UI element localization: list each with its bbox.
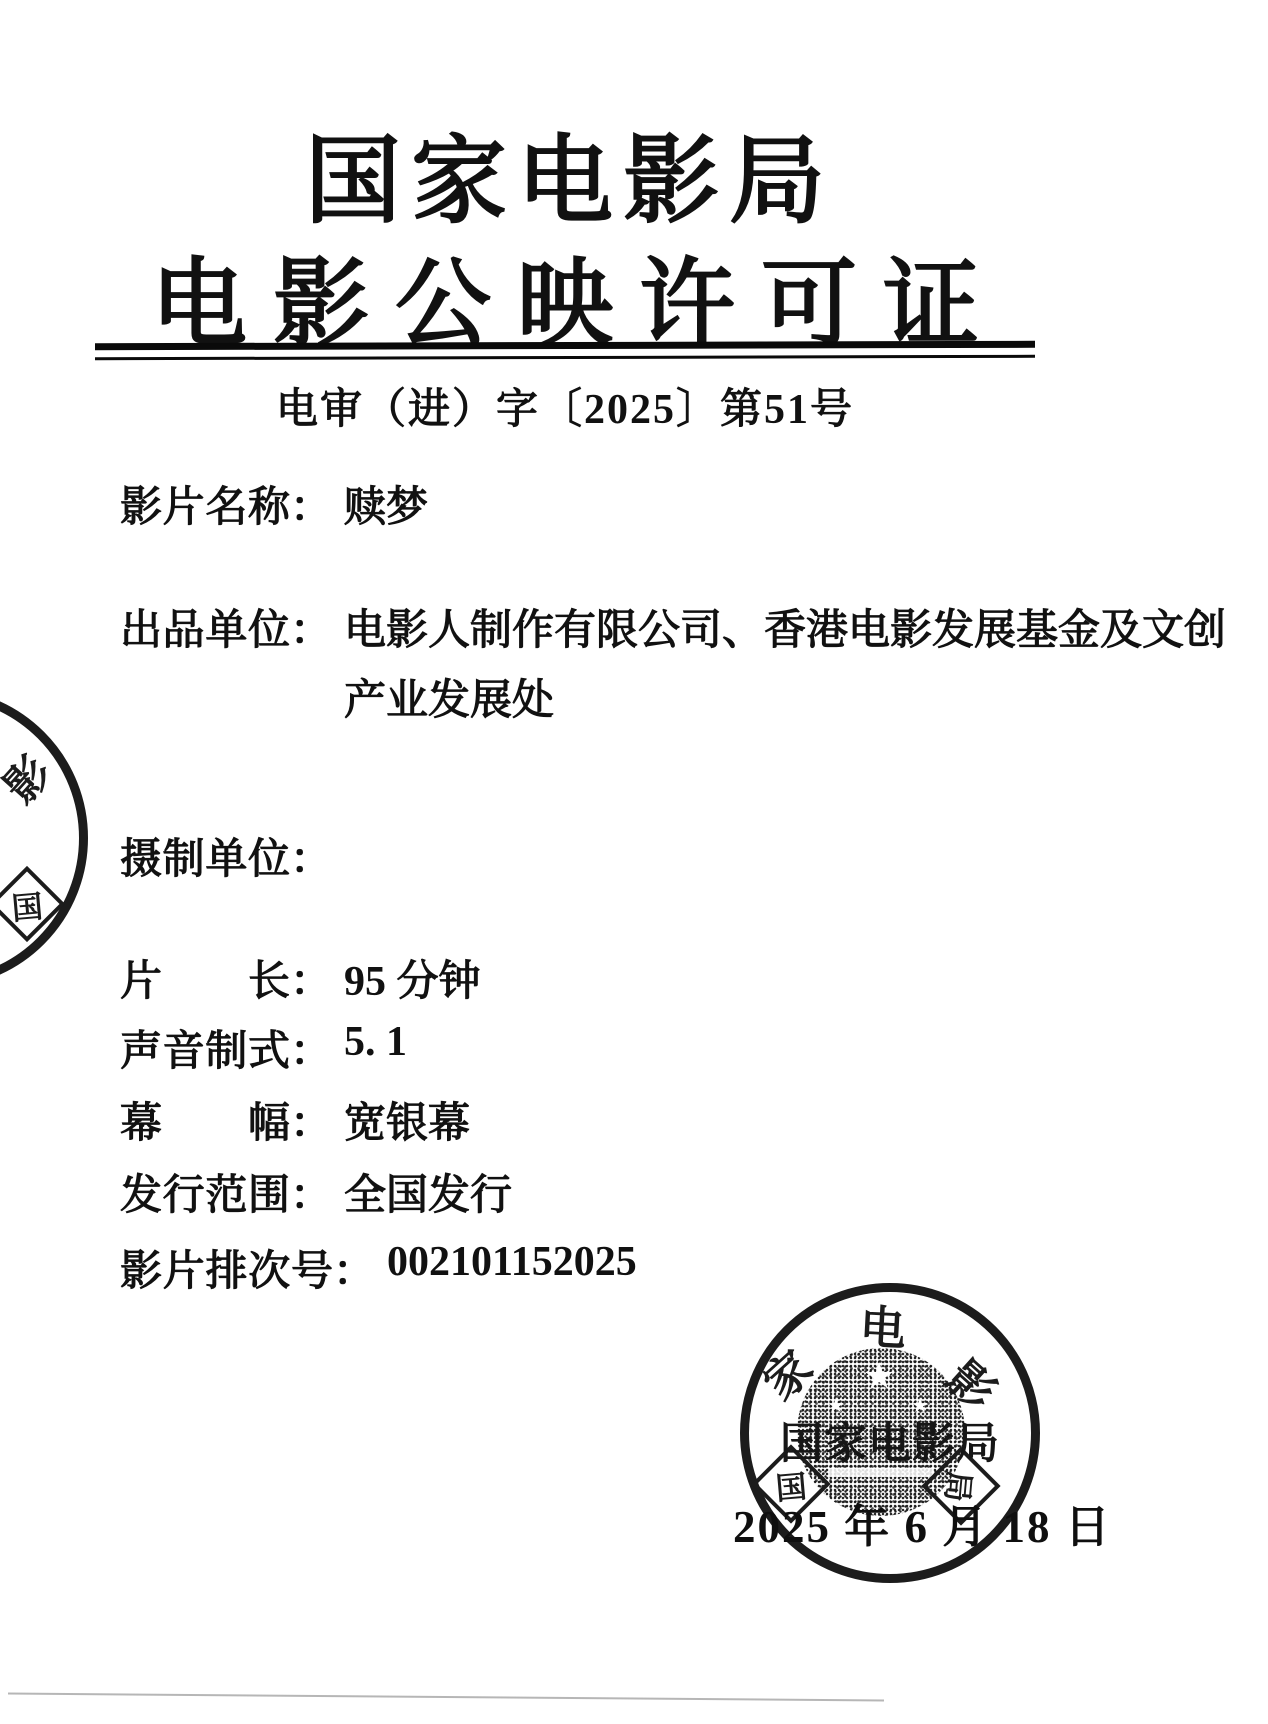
field-colon: ：	[290, 1090, 332, 1150]
field-value: 赎梦	[344, 474, 428, 534]
field-colon: ：	[290, 1018, 332, 1078]
field-colon: ：	[290, 1162, 332, 1222]
field-colon: ：	[290, 474, 332, 534]
field-label: 幕幅	[120, 1090, 290, 1150]
partial-seal-diamond-glyph: 国	[10, 880, 45, 928]
field-screen-format: 幕幅：宽银幕	[120, 1090, 470, 1150]
field-value: 电影人制作有限公司、香港电影发展基金及文创产业发展处	[344, 596, 1234, 736]
issuer-title: 国家电影局	[95, 105, 1035, 242]
field-film-length: 片长：95 分钟	[120, 948, 481, 1008]
seal-center-name: 国家电影局	[749, 1410, 1031, 1471]
permit-number: 电审（进）字〔2025〕第51号	[95, 376, 1035, 436]
field-colon: ：	[290, 826, 332, 886]
seal-arc-char: 电	[858, 1291, 907, 1359]
field-label: 片长	[120, 948, 290, 1008]
field-sound-format: 声音制式：5. 1	[120, 1018, 407, 1078]
field-value: 全国发行	[344, 1162, 512, 1222]
field-film-name: 影片名称：赎梦	[120, 474, 428, 534]
field-value: 宽银幕	[344, 1090, 470, 1150]
film-screening-permit-document: 国家电影局 电影公映许可证 电审（进）字〔2025〕第51号 影片名称：赎梦 出…	[0, 0, 1268, 1724]
partial-seal-stamp-icon: 影 国	[0, 688, 88, 988]
field-colon: ：	[290, 596, 332, 666]
field-distribution-scope: 发行范围：全国发行	[120, 1162, 512, 1222]
issue-date: 2025 年 6 月 18 日	[733, 1490, 1112, 1555]
scan-artifact-line	[8, 1693, 884, 1702]
field-colon: ：	[290, 948, 332, 1008]
partial-seal-char: 影	[0, 739, 64, 815]
field-value: 95 分钟	[344, 948, 481, 1008]
star-icon: ★	[863, 1358, 895, 1394]
field-label: 出品单位	[120, 596, 290, 666]
field-production-unit: 摄制单位：	[120, 826, 344, 886]
field-label: 声音制式	[120, 1018, 290, 1078]
partial-seal-inner: 影 国	[0, 697, 79, 979]
partial-seal-diamond-char: 国	[0, 866, 65, 942]
field-label: 发行范围	[120, 1162, 290, 1222]
field-value: 5. 1	[344, 1018, 407, 1066]
field-value: 002101152025	[387, 1238, 637, 1286]
field-label: 影片排次号	[120, 1238, 333, 1298]
field-colon: ：	[333, 1238, 375, 1298]
field-serial-number: 影片排次号：002101152025	[120, 1238, 637, 1298]
field-label: 影片名称	[120, 474, 290, 534]
field-label: 摄制单位	[120, 826, 290, 886]
field-producer: 出品单位：电影人制作有限公司、香港电影发展基金及文创产业发展处	[120, 596, 1234, 736]
